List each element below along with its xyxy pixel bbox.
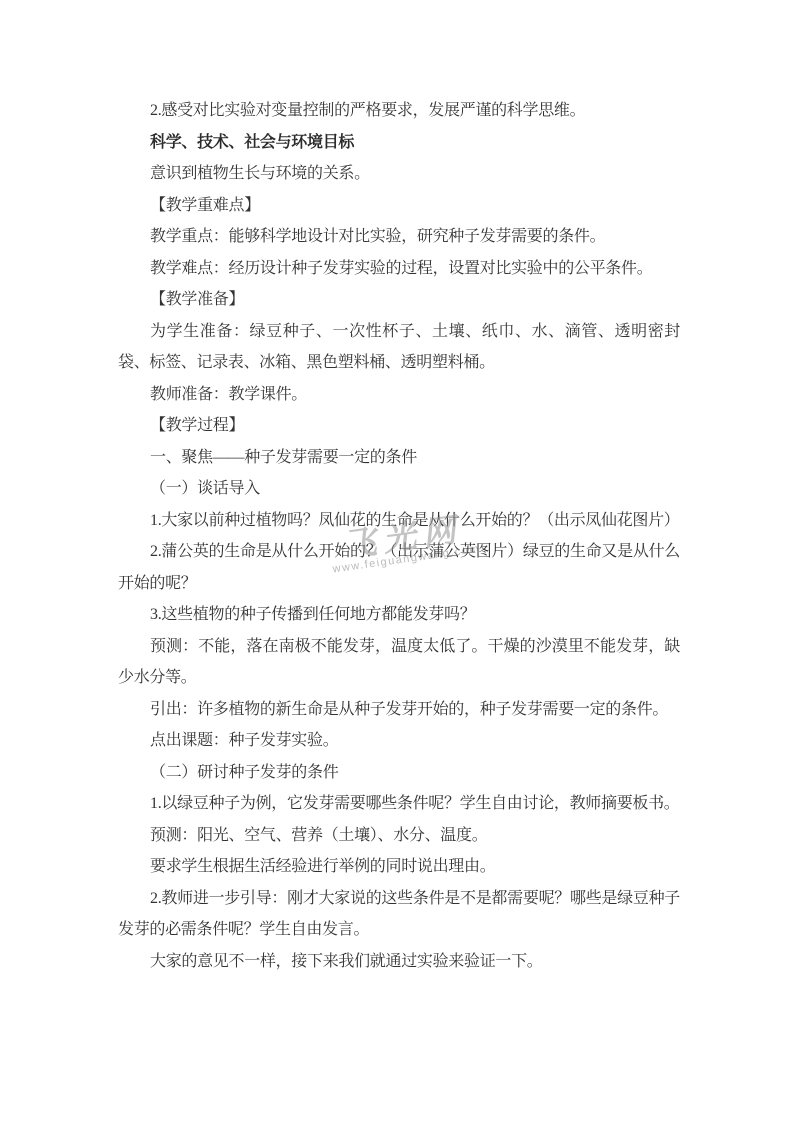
heading-teaching-process: 【教学过程】 <box>118 410 680 442</box>
heading-teaching-key-difficult-points: 【教学重难点】 <box>118 190 680 222</box>
paragraph-prediction-2: 预测：阳光、空气、营养（土壤）、水分、温度。 <box>118 820 680 852</box>
paragraph-requirement: 要求学生根据生活经验进行举例的同时说出理由。 <box>118 851 680 883</box>
heading-subsection-discussion: （二）研讨种子发芽的条件 <box>118 757 680 789</box>
paragraph-teacher-materials: 教师准备：教学课件。 <box>118 379 680 411</box>
paragraph-student-materials: 为学生准备：绿豆种子、一次性杯子、土壤、纸巾、水、滴管、透明密封袋、标签、记录表… <box>118 316 680 379</box>
paragraph-teaching-difficult-point: 教学难点：经历设计种子发芽实验的过程，设置对比实验中的公平条件。 <box>118 253 680 285</box>
paragraph-discussion-1: 1.以绿豆种子为例，它发芽需要哪些条件呢？学生自由讨论，教师摘要板书。 <box>118 788 680 820</box>
heading-stse-goals: 科学、技术、社会与环境目标 <box>118 127 680 159</box>
heading-section-one-focus: 一、聚焦——种子发芽需要一定的条件 <box>118 442 680 474</box>
paragraph-topic-reveal: 点出课题：种子发芽实验。 <box>118 725 680 757</box>
paragraph-lead-in: 引出：许多植物的新生命是从种子发芽开始的，种子发芽需要一定的条件。 <box>118 694 680 726</box>
paragraph-conclusion: 大家的意见不一样，接下来我们就通过实验来验证一下。 <box>118 946 680 978</box>
heading-teaching-preparation: 【教学准备】 <box>118 284 680 316</box>
paragraph-stse-goal: 意识到植物生长与环境的关系。 <box>118 158 680 190</box>
paragraph-question-2: 2.蒲公英的生命是从什么开始的？（出示蒲公英图片）绿豆的生命又是从什么开始的呢？ <box>118 536 680 599</box>
paragraph-attitude-goal-2: 2.感受对比实验对变量控制的严格要求，发展严谨的科学思维。 <box>118 95 680 127</box>
paragraph-teacher-guidance: 2.教师进一步引导：刚才大家说的这些条件是不是都需要呢？哪些是绿豆种子发芽的必需… <box>118 883 680 946</box>
document-page: 2.感受对比实验对变量控制的严格要求，发展严谨的科学思维。 科学、技术、社会与环… <box>0 0 793 1122</box>
paragraph-prediction-1: 预测：不能，落在南极不能发芽，温度太低了。干燥的沙漠里不能发芽，缺少水分等。 <box>118 631 680 694</box>
paragraph-teaching-key-point: 教学重点：能够科学地设计对比实验，研究种子发芽需要的条件。 <box>118 221 680 253</box>
paragraph-question-3: 3.这些植物的种子传播到任何地方都能发芽吗？ <box>118 599 680 631</box>
paragraph-question-1: 1.大家以前种过植物吗？凤仙花的生命是从什么开始的？（出示凤仙花图片） <box>118 505 680 537</box>
document-body: 2.感受对比实验对变量控制的严格要求，发展严谨的科学思维。 科学、技术、社会与环… <box>118 95 680 977</box>
heading-subsection-talk-intro: （一）谈话导入 <box>118 473 680 505</box>
